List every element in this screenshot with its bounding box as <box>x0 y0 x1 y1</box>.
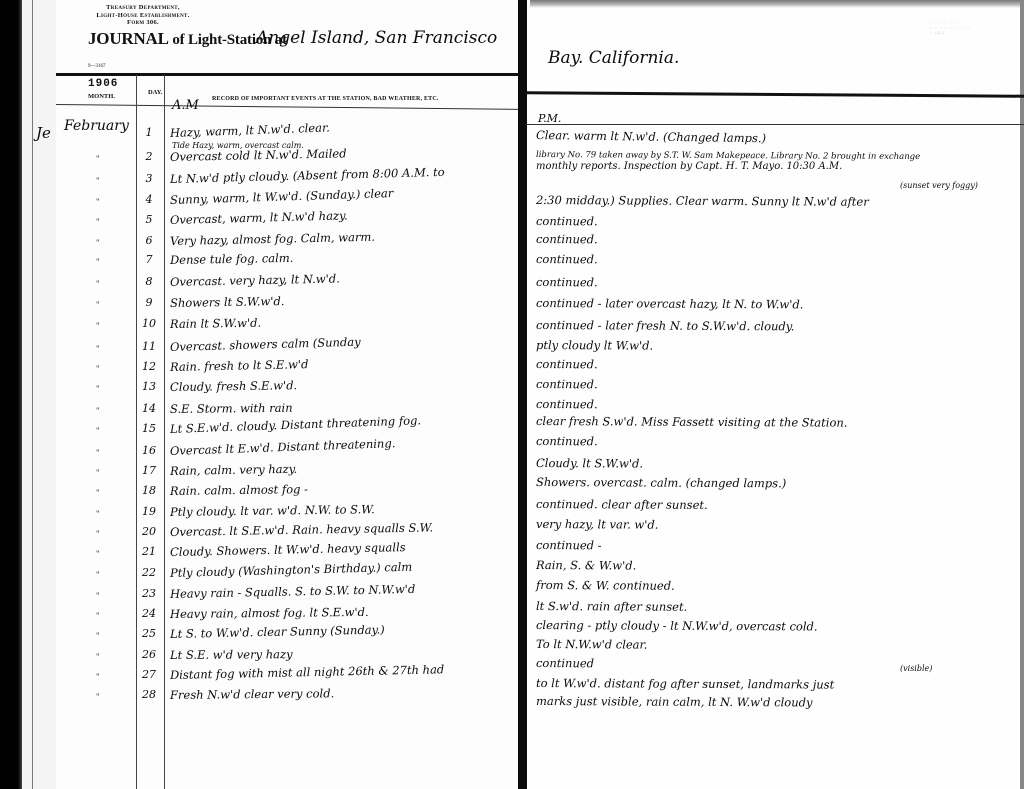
am-label: A.M <box>172 98 199 113</box>
day-number: 1 <box>140 126 158 139</box>
day-number: 25 <box>140 627 158 640</box>
ditto-mark: " <box>96 217 100 227</box>
margin-rule <box>32 0 33 789</box>
column-header-rule <box>526 124 1024 125</box>
ditto-mark: " <box>96 611 100 621</box>
day-number: 4 <box>140 193 158 206</box>
pm-entry: continued <box>536 656 594 670</box>
ditto-mark: " <box>96 631 100 641</box>
pm-entry: continued - later fresh N. to S.W.w'd. c… <box>536 318 795 333</box>
binding-margin <box>22 0 57 789</box>
ditto-mark: " <box>96 549 100 559</box>
pm-entry: continued. <box>536 275 598 289</box>
pm-entry: Showers. overcast. calm. (changed lamps.… <box>536 475 786 490</box>
book-gutter <box>518 0 527 789</box>
pm-entry: marks just visible, rain calm, lt N. W.w… <box>536 694 813 709</box>
day-number: 19 <box>140 505 158 518</box>
month-day-divider <box>136 75 137 789</box>
pm-entry: 2:30 midday.) Supplies. Clear warm. Sunn… <box>536 193 869 209</box>
day-number: 21 <box>140 545 158 558</box>
pm-entry: continued. clear after sunset. <box>536 497 708 512</box>
pm-entry: continued. <box>536 377 598 391</box>
day-number: 9 <box>140 296 158 309</box>
am-entry: Rain lt S.W.w'd. <box>170 316 261 331</box>
day-number: 22 <box>140 566 158 579</box>
ditto-mark: " <box>96 176 100 186</box>
day-number: 28 <box>140 688 158 701</box>
am-entry: Cloudy. fresh S.E.w'd. <box>170 378 297 394</box>
ditto-mark: " <box>96 321 100 331</box>
day-number: 15 <box>140 422 158 435</box>
am-entry: Lt S.E. w'd very hazy <box>170 647 293 662</box>
faint-stamp: · · · · · · ·· · · · · · · · ·· ⁞⁞⁞⁞ <box>930 22 990 62</box>
ditto-mark: " <box>96 529 100 539</box>
day-number: 20 <box>140 525 158 538</box>
ditto-mark: " <box>96 591 100 601</box>
pm-entry: continued. <box>536 252 598 266</box>
station-name: Angel Island, San Francisco <box>256 28 497 48</box>
ditto-mark: " <box>96 570 100 580</box>
am-entry: Rain, calm. very hazy. <box>170 462 297 478</box>
day-number: 5 <box>140 213 158 226</box>
pm-entry: clear fresh S.w'd. Miss Fassett visiting… <box>536 414 848 430</box>
pm-entry: continued. <box>536 357 598 371</box>
ditto-mark: " <box>96 468 100 478</box>
day-number: 26 <box>140 648 158 661</box>
day-number: 8 <box>140 275 158 288</box>
am-entry: Showers lt S.W.w'd. <box>170 294 285 310</box>
day-number: 14 <box>140 402 158 415</box>
ditto-mark: " <box>96 672 100 682</box>
am-entry: Fresh N.w'd clear very cold. <box>170 686 334 702</box>
day-record-divider <box>164 75 165 789</box>
am-entry: S.E. Storm. with rain <box>170 401 293 416</box>
pm-entry: from S. & W. continued. <box>536 578 675 593</box>
ditto-mark: " <box>96 509 100 519</box>
pm-insertion: (visible) <box>900 664 932 673</box>
am-insertion: Tide Hazy, warm, overcast calm. <box>172 141 304 150</box>
pm-entry: continued. <box>536 232 598 246</box>
scan-edge-left <box>0 0 22 789</box>
ditto-mark: " <box>96 692 100 702</box>
ditto-mark: " <box>96 344 100 354</box>
ditto-mark: " <box>96 238 100 248</box>
right-page <box>526 0 1024 789</box>
pm-entry: continued. <box>536 214 598 228</box>
pm-label: P.M. <box>538 112 561 125</box>
am-entry: Rain. fresh to lt S.E.w'd <box>170 357 309 374</box>
ditto-mark: " <box>96 652 100 662</box>
ditto-mark: " <box>96 364 100 374</box>
year: 1906 <box>88 78 118 90</box>
month-column-label: MONTH. <box>88 93 115 100</box>
day-number: 13 <box>140 380 158 393</box>
day-number: 27 <box>140 668 158 681</box>
department-line: Light-House Establishment. <box>88 12 198 20</box>
pm-entry: lt S.w'd. rain after sunset. <box>536 599 687 614</box>
day-number: 2 <box>140 150 158 163</box>
ditto-mark: " <box>96 406 100 416</box>
ditto-mark: " <box>96 384 100 394</box>
pm-insertion: (sunset very foggy) <box>900 181 978 190</box>
page-shadow <box>530 0 1024 8</box>
day-column-label: DAY. <box>148 89 163 96</box>
ditto-mark: " <box>96 300 100 310</box>
ditto-mark: " <box>96 197 100 207</box>
pm-entry: continued - later overcast hazy, lt N. t… <box>536 296 804 311</box>
day-number: 11 <box>140 340 158 353</box>
pm-entry: Rain, S. & W.w'd. <box>536 558 636 573</box>
day-number: 3 <box>140 172 158 185</box>
pm-entry: ptly cloudy lt W.w'd. <box>536 338 653 353</box>
day-number: 18 <box>140 484 158 497</box>
day-number: 17 <box>140 464 158 477</box>
am-entry: Ptly cloudy. lt var. w'd. N.W. to S.W. <box>170 502 375 519</box>
form-number: Form 306. <box>88 19 198 27</box>
scan-edge-right <box>1020 0 1024 789</box>
pm-entry-continued: monthly reports. Inspection by Capt. H. … <box>536 161 842 172</box>
record-column-label: RECORD OF IMPORTANT EVENTS AT THE STATIO… <box>212 96 439 102</box>
department-line: Treasury Department, <box>88 4 198 12</box>
ditto-mark: " <box>96 279 100 289</box>
pm-entry: Cloudy. lt S.W.w'd. <box>536 456 643 471</box>
month-name: February <box>64 118 129 134</box>
pm-entry: continued. <box>536 397 598 411</box>
day-number: 16 <box>140 444 158 457</box>
ditto-mark: " <box>96 154 100 164</box>
ditto-mark: " <box>96 448 100 458</box>
day-number: 24 <box>140 607 158 620</box>
pm-entry: to lt W.w'd. distant fog after sunset, l… <box>536 676 834 692</box>
ditto-mark: " <box>96 426 100 436</box>
pm-entry: very hazy, lt var. w'd. <box>536 517 659 532</box>
ditto-mark: " <box>96 488 100 498</box>
journal-title-prefix: JOURNAL <box>88 29 169 48</box>
pm-entry: continued. <box>536 434 598 448</box>
margin-note: Je <box>36 124 51 142</box>
form-code: 9—3167 <box>88 64 106 69</box>
day-number: 7 <box>140 253 158 266</box>
am-entry: Heavy rain, almost fog. lt S.E.w'd. <box>170 605 369 621</box>
department-heading: Treasury Department, Light-House Establi… <box>88 4 198 27</box>
day-number: 6 <box>140 234 158 247</box>
station-name-continued: Bay. California. <box>548 48 679 68</box>
day-number: 12 <box>140 360 158 373</box>
am-entry: Rain. calm. almost fog - <box>170 482 308 498</box>
am-entry: Dense tule fog. calm. <box>170 251 294 267</box>
pm-entry: continued - <box>536 538 602 552</box>
day-number: 23 <box>140 587 158 600</box>
ditto-mark: " <box>96 257 100 267</box>
header-rule <box>56 73 518 76</box>
pm-entry: To lt N.W.w'd clear. <box>536 637 648 652</box>
pm-entry: clearing - ptly cloudy - lt N.W.w'd, ove… <box>536 618 818 633</box>
day-number: 10 <box>140 317 158 330</box>
